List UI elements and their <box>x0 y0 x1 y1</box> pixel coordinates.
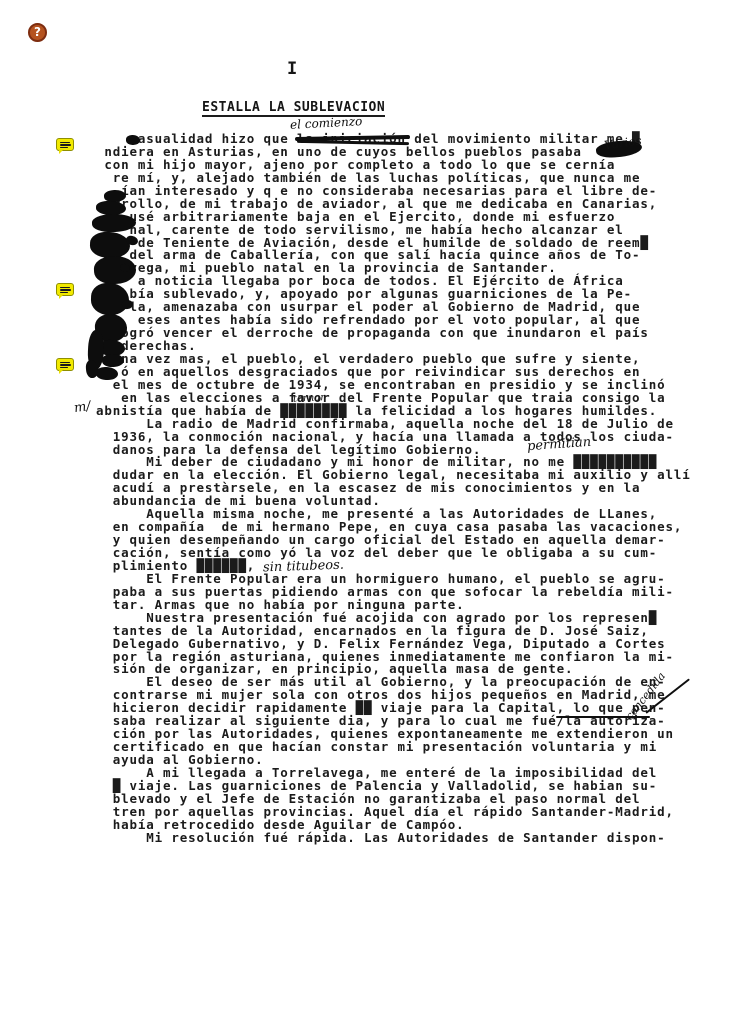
handwritten-correction-tornar: tornar <box>293 392 326 405</box>
document-body: masualidad hizo que la iniciación del mo… <box>96 133 696 845</box>
handwritten-insertion-comienzo: el comienzo <box>290 114 363 132</box>
underline-mark <box>556 716 650 718</box>
document-page: I ESTALLA LA SUBLEVACION masualidad hizo… <box>0 0 733 1024</box>
ink-blob <box>126 135 140 145</box>
page-number: I <box>287 60 297 78</box>
handwritten-sin-titubeos: sin titubeos. <box>263 558 344 576</box>
document-line: Mi resolución fué rápida. Las Autoridade… <box>96 832 696 845</box>
handwritten-margin-mark: m/ <box>73 399 92 416</box>
ink-blob <box>96 367 118 381</box>
